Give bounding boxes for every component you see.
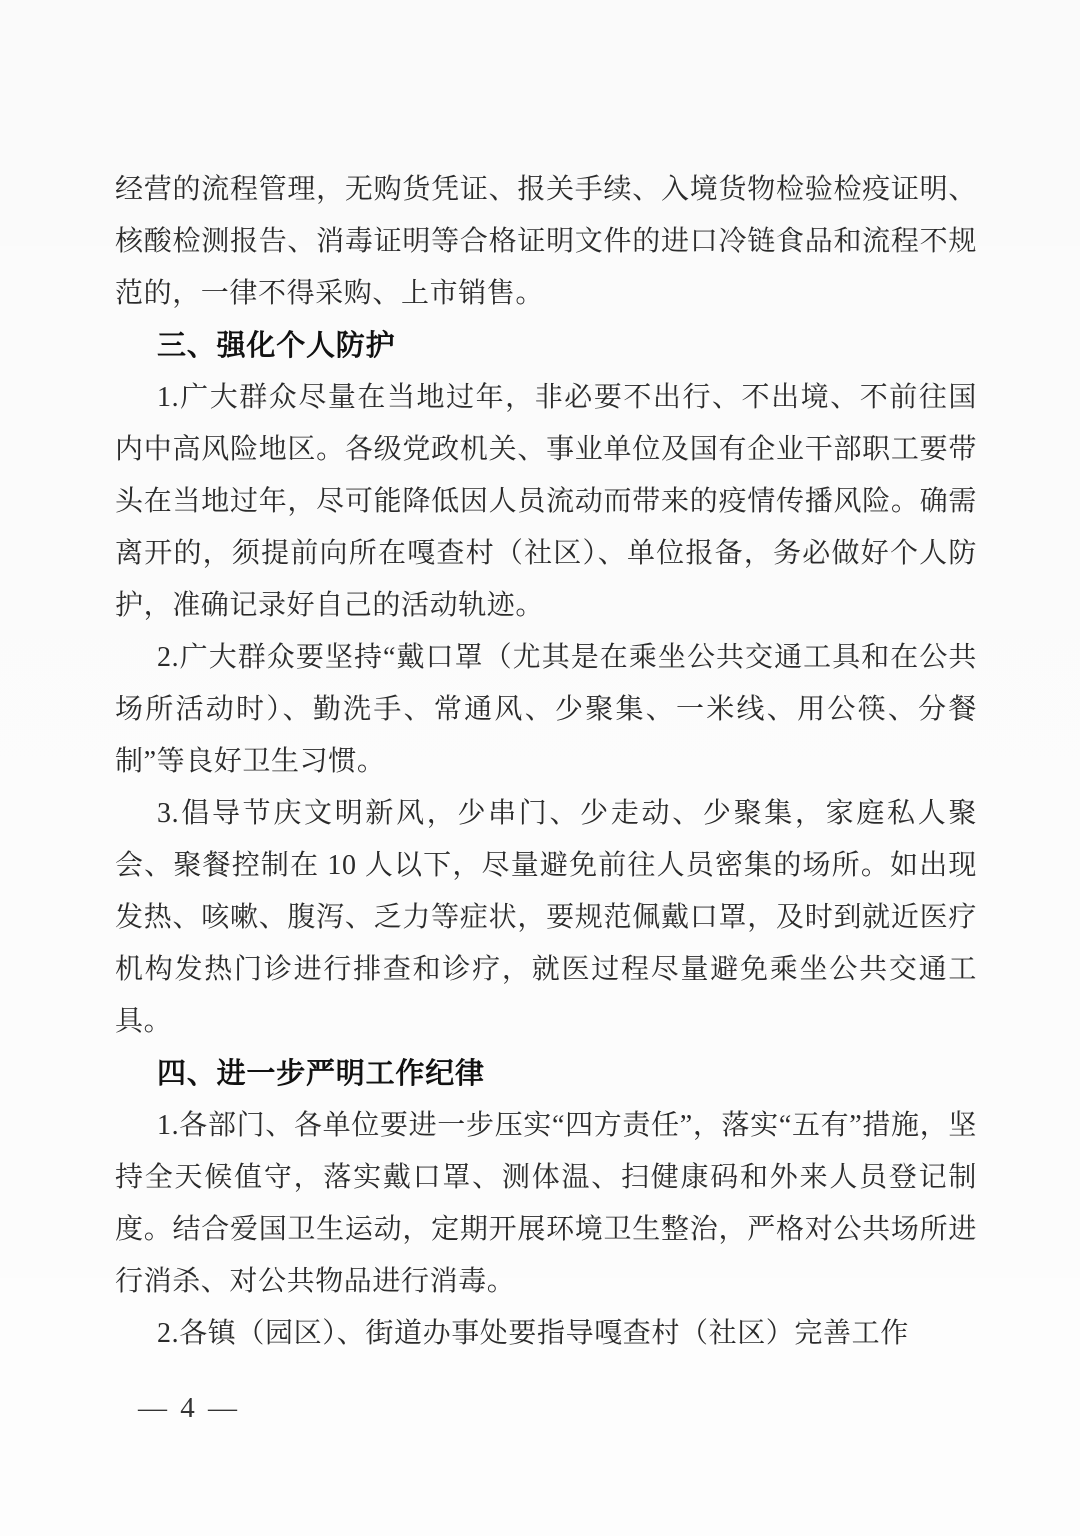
paragraph-continuation: 经营的流程管理，无购货凭证、报关手续、入境货物检验检疫证明、核酸检测报告、消毒证… [115,164,977,320]
section-heading-four: 四、进一步严明工作纪律 [115,1048,977,1100]
paragraph-section3-item1: 1.广大群众尽量在当地过年，非必要不出行、不出境、不前往国内中高风险地区。各级党… [115,372,977,632]
paragraph-section4-item1: 1.各部门、各单位要进一步压实“四方责任”，落实“五有”措施，坚持全天候值守，落… [115,1100,977,1308]
paragraph-section3-item3: 3.倡导节庆文明新风，少串门、少走动、少聚集，家庭私人聚会、聚餐控制在 10 人… [115,788,977,1048]
document-page: 经营的流程管理，无购货凭证、报关手续、入境货物检验检疫证明、核酸检测报告、消毒证… [0,0,1080,1536]
document-content: 经营的流程管理，无购货凭证、报关手续、入境货物检验检疫证明、核酸检测报告、消毒证… [115,164,977,1360]
page-number: — 4 — [138,1392,240,1425]
paragraph-section4-item2: 2.各镇（园区）、街道办事处要指导嘎查村（社区）完善工作 [115,1308,977,1360]
paragraph-section3-item2: 2.广大群众要坚持“戴口罩（尤其是在乘坐公共交通工具和在公共场所活动时）、勤洗手… [115,632,977,788]
section-heading-three: 三、强化个人防护 [115,320,977,372]
